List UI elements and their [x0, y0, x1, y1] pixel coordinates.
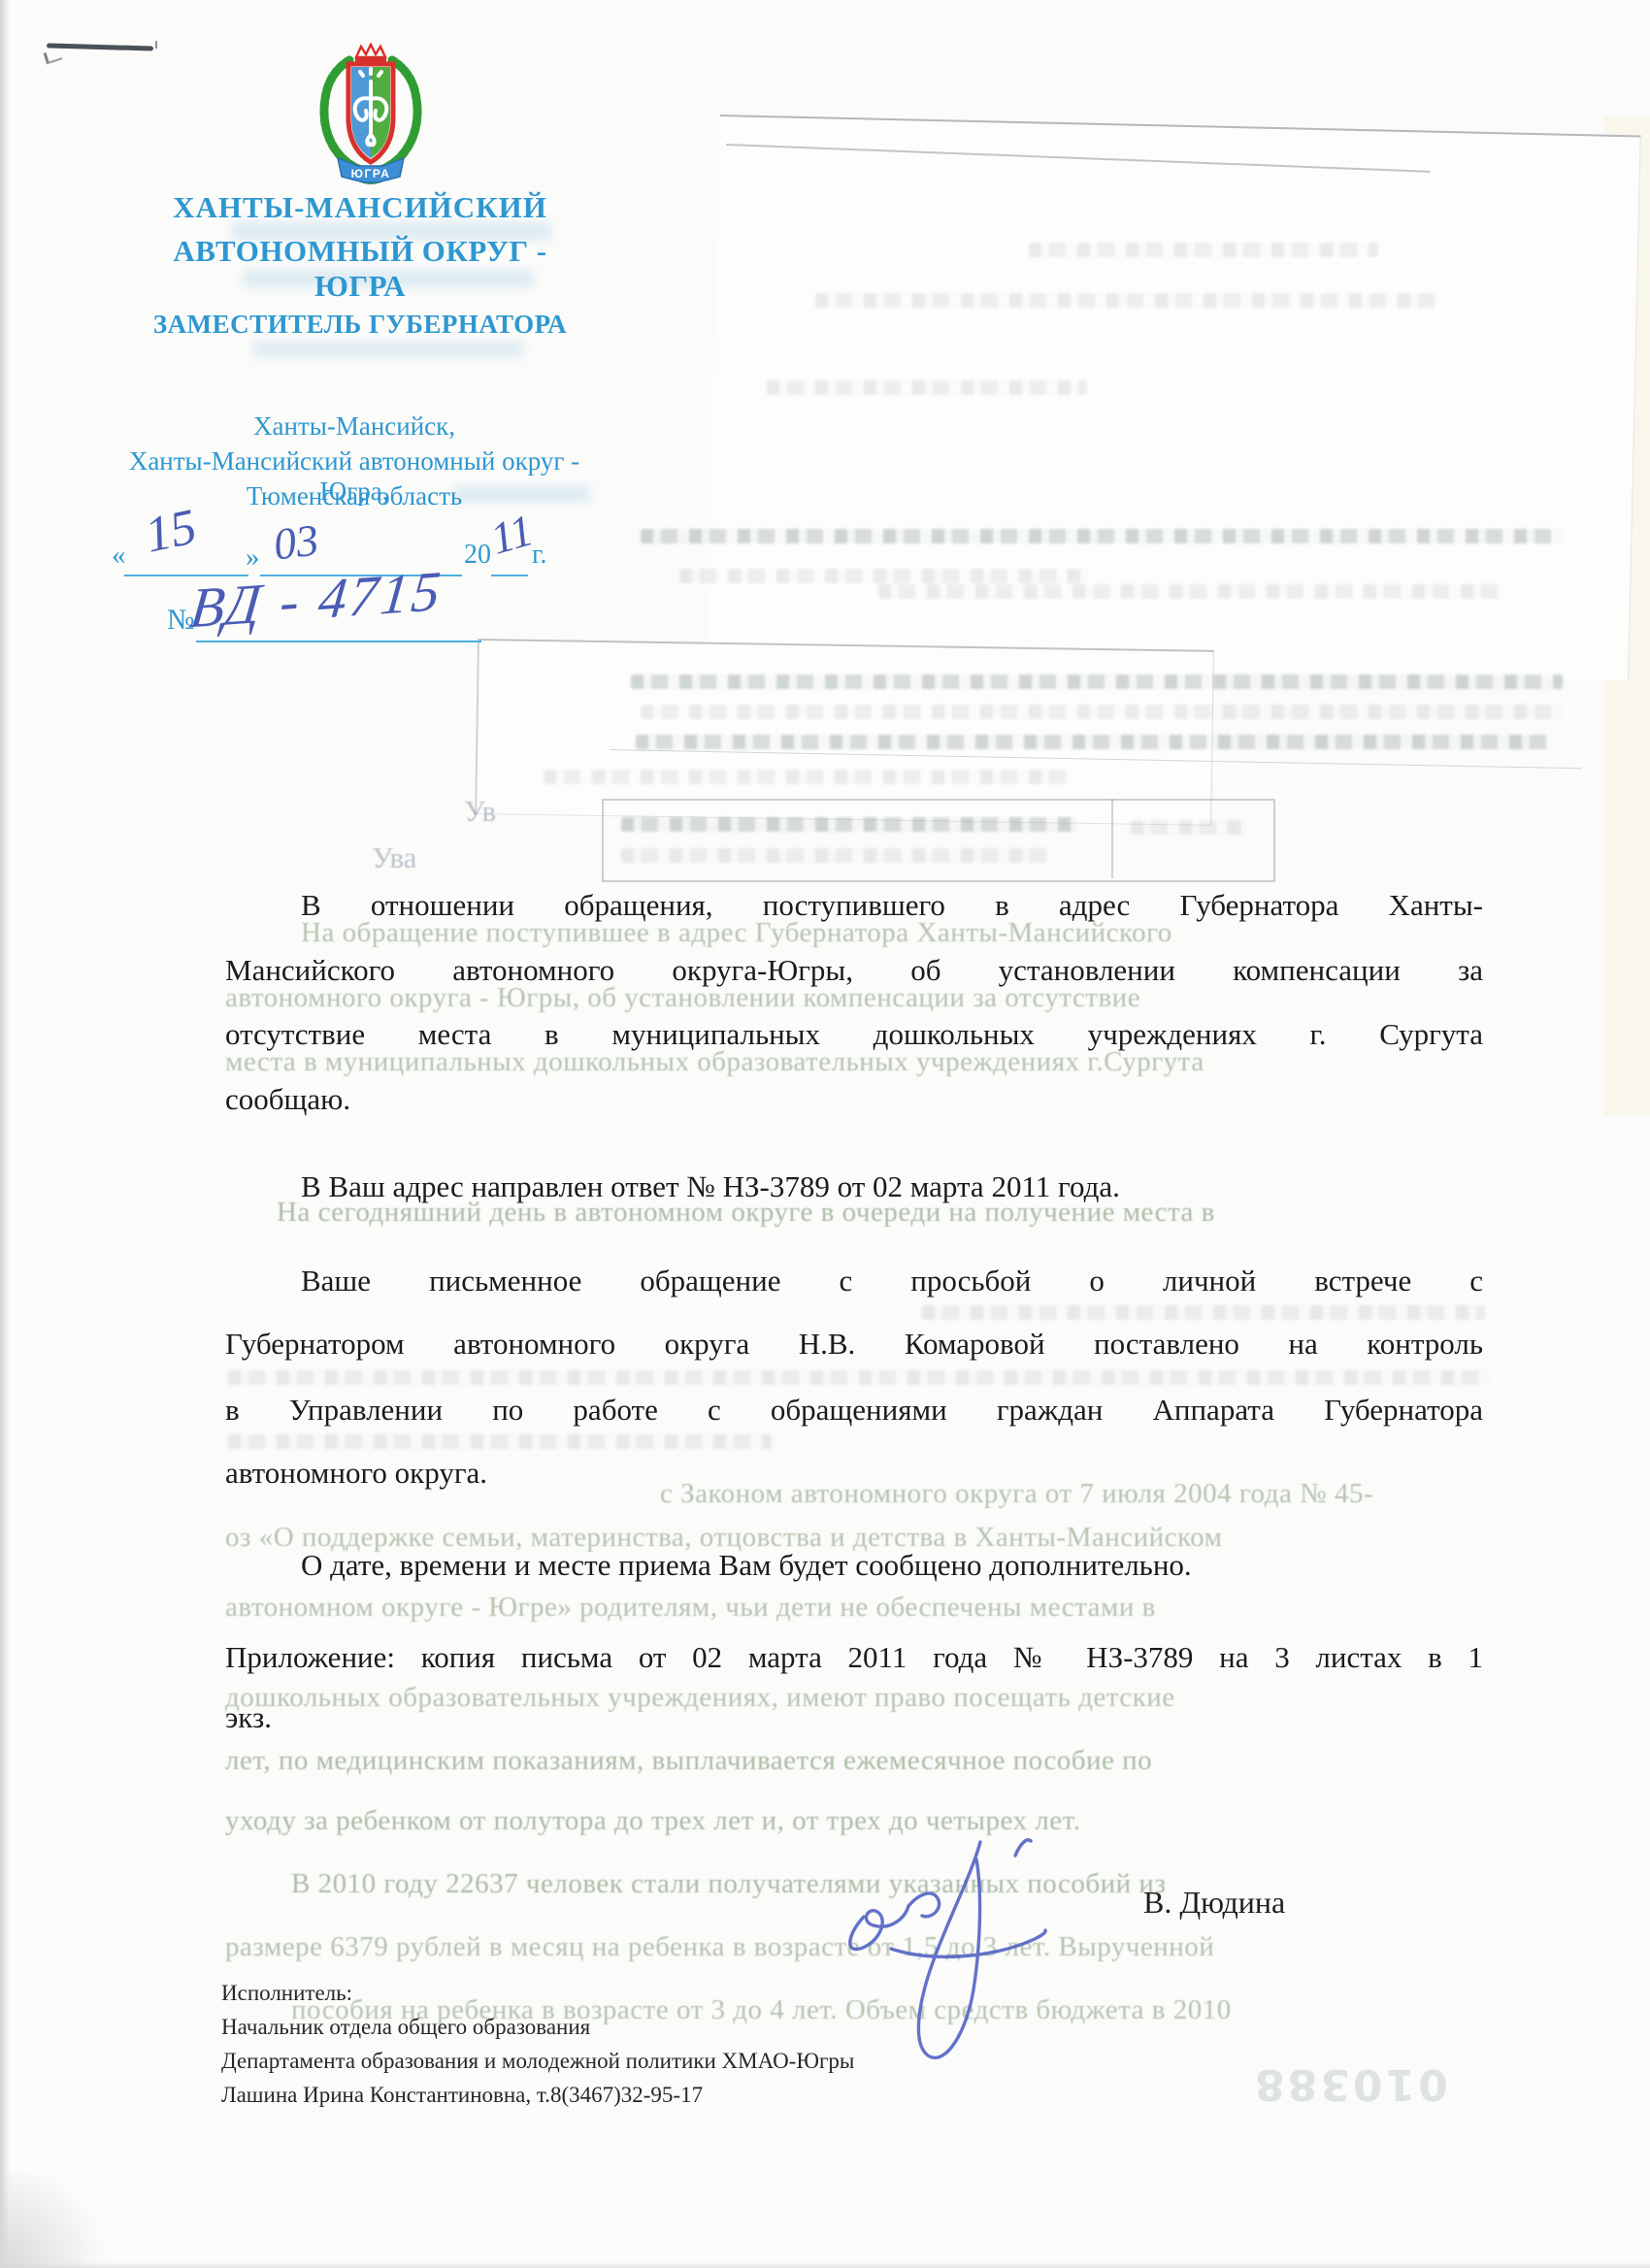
place-line1: Ханты-Мансийск,	[126, 411, 582, 442]
illegible-bleedthrough-line	[679, 569, 1087, 583]
bleedthrough-ghost	[252, 342, 524, 357]
year-suffix: г.	[532, 540, 546, 571]
number-line	[196, 641, 481, 642]
staple-hook-icon	[146, 41, 157, 49]
body-p3-line3: в Управлении по работе с обращениями гра…	[225, 1391, 1483, 1430]
executor-contact: Лашина Ирина Константиновна, т.8(3467)32…	[221, 2078, 703, 2112]
body-p1-line1: В отношении обращения, поступившего в ад…	[225, 886, 1483, 925]
bleedthrough-text: лет, по медицинским показаниям, выплачив…	[225, 1745, 1152, 1777]
org-name-line2: АВТОНОМНЫЙ ОКРУГ - ЮГРА	[147, 234, 574, 304]
scan-bottom-edge	[0, 2262, 1650, 2268]
date-close-quote: »	[246, 542, 260, 574]
coat-of-arms-yugra-icon: ЮГРА	[309, 43, 433, 186]
date-year-line	[491, 575, 528, 576]
body-p3-line2: Губернатором автономного округа Н.В. Ком…	[225, 1325, 1483, 1364]
illegible-bleedthrough-line	[631, 674, 1563, 689]
emblem-ribbon-label: ЮГРА	[351, 167, 391, 181]
signatory-name: В. Дюдина	[1143, 1885, 1285, 1921]
executor-department: Департамента образования и молодежной по…	[221, 2044, 854, 2078]
handwritten-year: 11	[485, 504, 540, 565]
body-p3-line1: Ваше письменное обращение с просьбой о л…	[225, 1262, 1483, 1300]
year-prefix: 20	[464, 540, 491, 571]
scan-corner-shadow	[0, 2174, 107, 2268]
scan-left-edge	[0, 0, 10, 2268]
body-p3-line4: автономного округа.	[225, 1454, 1483, 1493]
org-name-line1: ХАНТЫ-МАНСИЙСКИЙ	[147, 190, 574, 225]
body-p1-line3: отсутствие места в муниципальных дошколь…	[225, 1015, 1483, 1054]
office-title: ЗАМЕСТИТЕЛЬ ГУБЕРНАТОРА	[147, 310, 574, 340]
illegible-bleedthrough-line	[621, 817, 1077, 832]
body-p5-line1: Приложение: копия письма от 02 марта 201…	[225, 1638, 1483, 1677]
body-p5-line2: экз.	[225, 1698, 1483, 1737]
body-p2-line1: В Ваш адрес направлен ответ № НЗ-3789 от…	[225, 1167, 1483, 1206]
mirrored-form-number: 010388	[1252, 2059, 1448, 2109]
handwritten-month: 03	[271, 513, 321, 570]
bleedthrough-fragment: Ува	[372, 840, 416, 875]
staple-icon	[47, 43, 153, 50]
illegible-bleedthrough-line	[1029, 243, 1378, 257]
body-p1-line4: сообщаю.	[225, 1080, 1483, 1119]
scanned-letter-page: Ув Ува ЮГРА ХАНТЫ-МАНСИЙСКИЙ АВТОНОМНЫЙ …	[0, 0, 1650, 2268]
illegible-bleedthrough-line	[641, 705, 1563, 719]
bleedthrough-text: автономном округе - Югре» родителям, чьи…	[225, 1592, 1156, 1624]
illegible-bleedthrough-line	[922, 1305, 1485, 1320]
bleedthrough-fragment: Ув	[464, 794, 496, 829]
illegible-bleedthrough-line	[1131, 820, 1247, 835]
illegible-bleedthrough-line	[636, 735, 1548, 749]
illegible-bleedthrough-line	[641, 529, 1563, 543]
overlay-patch-middle	[475, 639, 1214, 826]
staple-hook-icon	[44, 49, 63, 65]
executor-label: Исполнитель:	[221, 1976, 352, 2010]
handwritten-number: ВД - 4715	[187, 558, 446, 641]
body-p1-line2: Мансийского автономного округа-Югры, об …	[225, 951, 1483, 990]
bleedthrough-stamp-divider	[1111, 799, 1113, 878]
illegible-bleedthrough-line	[228, 1434, 772, 1449]
illegible-bleedthrough-line	[878, 584, 1500, 599]
illegible-bleedthrough-line	[621, 848, 1048, 863]
bleedthrough-stamp-box	[602, 799, 1275, 882]
illegible-bleedthrough-line	[544, 770, 1068, 784]
body-p4-line1: О дате, времени и месте приема Вам будет…	[225, 1546, 1483, 1585]
executor-position: Начальник отдела общего образования	[221, 2010, 590, 2044]
illegible-bleedthrough-line	[228, 1370, 1490, 1385]
date-open-quote: «	[112, 540, 126, 572]
handwritten-signature	[835, 1824, 1068, 2096]
illegible-bleedthrough-line	[815, 293, 1436, 308]
illegible-bleedthrough-line	[767, 380, 1087, 395]
